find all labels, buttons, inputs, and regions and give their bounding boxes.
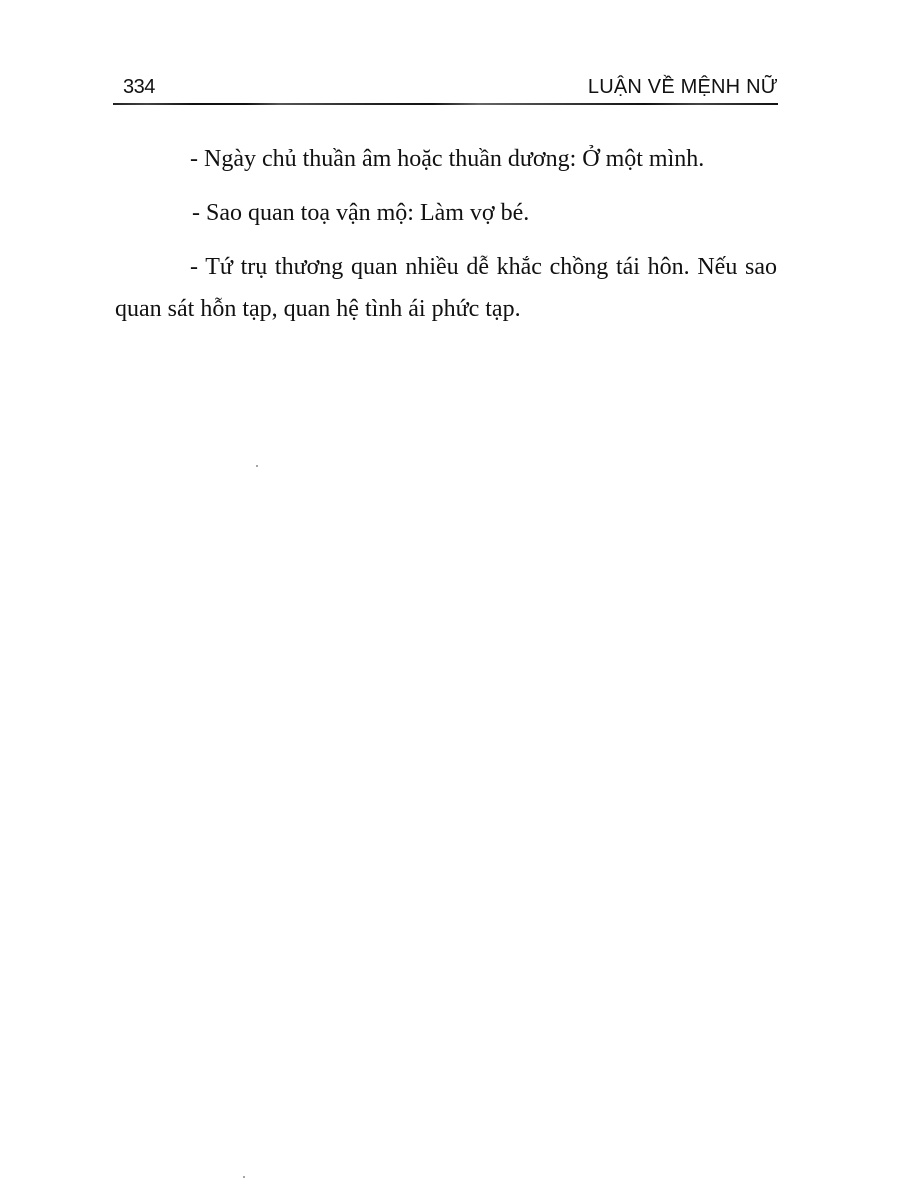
body-text: - Ngày chủ thuần âm hoặc thuần dương: Ở …	[115, 138, 777, 330]
running-title: LUẬN VỀ MỆNH NỮ	[588, 76, 778, 99]
book-page: 334 LUẬN VỀ MỆNH NỮ - Ngày chủ thuần âm …	[0, 0, 901, 1200]
page-number: 334	[123, 76, 155, 99]
scan-speck	[243, 1176, 245, 1178]
paragraph-officer-star: - Sao quan toạ vận mộ: Làm vợ bé.	[115, 192, 777, 234]
running-head: 334 LUẬN VỀ MỆNH NỮ	[113, 72, 778, 102]
paragraph-hurting-officer: - Tứ trụ thương quan nhiều dễ khắc chồng…	[115, 246, 777, 330]
scan-speck	[256, 465, 258, 467]
paragraph-single-day-master: - Ngày chủ thuần âm hoặc thuần dương: Ở …	[115, 138, 777, 180]
header-rule	[113, 103, 778, 105]
